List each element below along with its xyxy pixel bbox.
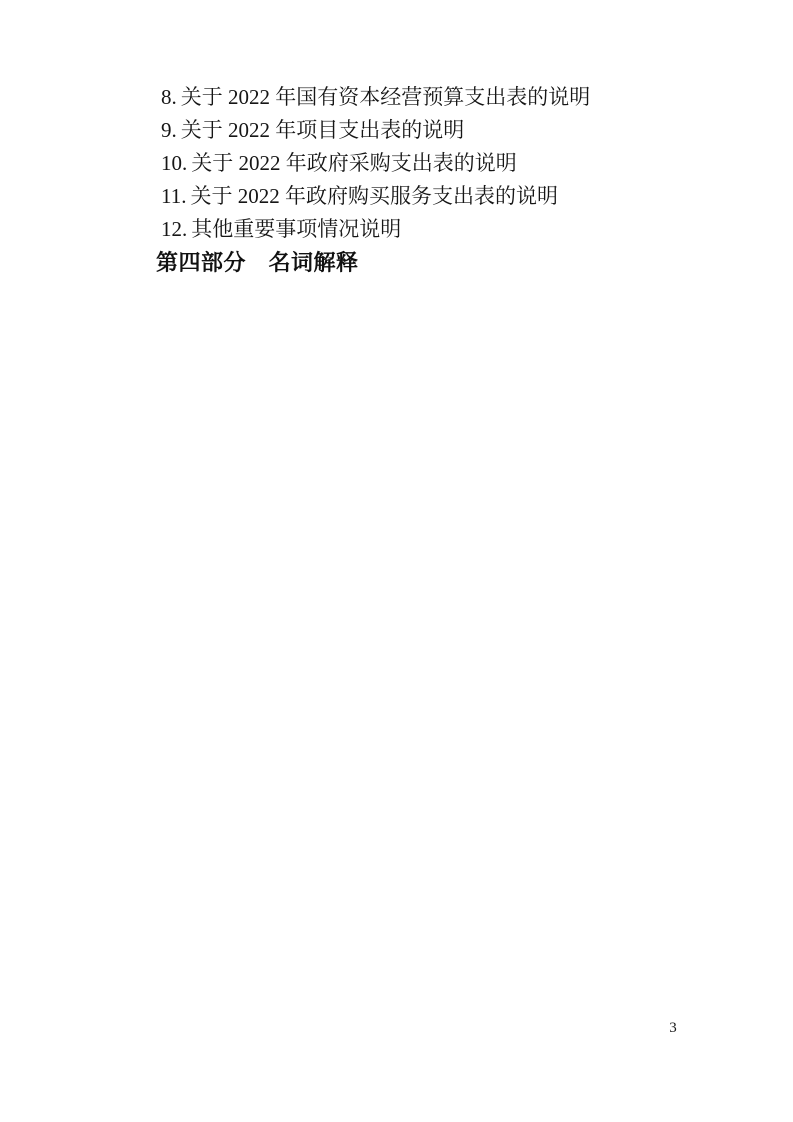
- toc-item-number: 11.: [161, 180, 186, 213]
- toc-item-number: 12.: [161, 213, 187, 246]
- toc-item-number: 8.: [161, 81, 177, 114]
- toc-item: 8.关于 2022 年国有资本经营预算支出表的说明: [161, 81, 590, 114]
- document-page: 8.关于 2022 年国有资本经营预算支出表的说明 9.关于 2022 年项目支…: [0, 0, 793, 1122]
- toc-item-text: 关于 2022 年国有资本经营预算支出表的说明: [181, 85, 591, 109]
- toc-item-number: 10.: [161, 147, 187, 180]
- page-number: 3: [664, 1017, 682, 1039]
- toc-item: 11.关于 2022 年政府购买服务支出表的说明: [161, 180, 590, 213]
- toc-item: 9.关于 2022 年项目支出表的说明: [161, 114, 590, 147]
- toc-item: 12.其他重要事项情况说明: [161, 213, 590, 246]
- toc-item: 10.关于 2022 年政府采购支出表的说明: [161, 147, 590, 180]
- toc-item-text: 其他重要事项情况说明: [191, 217, 401, 241]
- toc-item-text: 关于 2022 年政府购买服务支出表的说明: [190, 184, 558, 208]
- toc-item-text: 关于 2022 年项目支出表的说明: [181, 118, 465, 142]
- toc-section: 8.关于 2022 年国有资本经营预算支出表的说明 9.关于 2022 年项目支…: [161, 81, 590, 279]
- section-heading: 第四部分 名词解释: [156, 246, 590, 279]
- toc-item-text: 关于 2022 年政府采购支出表的说明: [191, 151, 517, 175]
- toc-item-number: 9.: [161, 114, 177, 147]
